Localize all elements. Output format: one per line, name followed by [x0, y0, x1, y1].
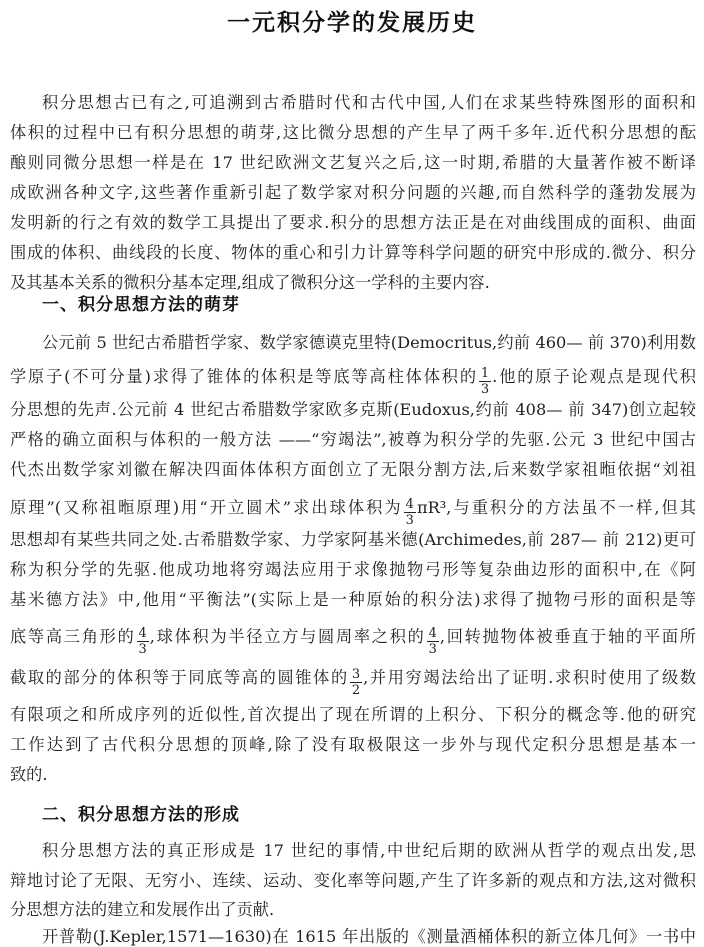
fraction: 43 — [427, 626, 439, 657]
text-segment: ,并用穷竭法给出了证明.求积时使用了级数 — [363, 668, 696, 687]
text-line-with-fraction: 原理”(又称祖暅原理)用“开立圆术”求出球体积为43πR³,与重积分的方法虽不一… — [10, 493, 696, 517]
fraction-numerator: 1 — [479, 366, 491, 382]
section-heading-1: 一、积分思想方法的萌芽 — [42, 290, 240, 315]
text-line: 称为积分学的先驱.他成功地将穷竭法应用于求像抛物弓形等复杂曲边形的面积中,在《阿 — [10, 558, 696, 582]
text-line: 体积的过程中已有积分思想的萌芽,这比微分思想的产生早了两千多年.近代积分思想的酝 — [10, 121, 696, 145]
text-segment: 底等高三角形的 — [10, 627, 136, 646]
section-heading-2: 二、积分思想方法的形成 — [42, 800, 240, 825]
text-line: 有限项之和所成序列的近似性,首次提出了现在所谓的上积分、下积分的概念等.他的研究 — [10, 703, 696, 727]
text-line-with-fraction: 底等高三角形的43,球体积为半径立方与圆周率之积的43,回转抛物体被垂直于轴的平… — [10, 622, 696, 646]
fraction-denominator: 3 — [427, 642, 439, 657]
fraction-numerator: 4 — [404, 497, 416, 513]
fraction: 32 — [350, 667, 362, 698]
text-line: 积分思想古已有之,可追溯到古希腊时代和古代中国,人们在求某些特殊图形的面积和 — [42, 91, 696, 115]
text-line: 积分思想方法的真正形成是 17 世纪的事情,中世纪后期的欧洲从哲学的观点出发,思 — [42, 839, 696, 863]
fraction-numerator: 3 — [350, 667, 362, 683]
text-line: 公元前 5 世纪古希腊哲学家、数学家德谟克里特(Democritus,约前 46… — [42, 331, 696, 355]
text-line: 思想却有某些共同之处.古希腊数学家、力学家阿基米德(Archimedes,前 2… — [10, 528, 696, 552]
text-line: 酿则同微分思想一样是在 17 世纪欧洲文艺复兴之后,这一时期,希腊的大量著作被不… — [10, 151, 696, 175]
text-line: 严格的确立面积与体积的一般方法 ——“穷竭法”,被尊为积分学的先驱.公元 3 世… — [10, 428, 696, 452]
text-segment: ,回转抛物体被垂直于轴的平面所 — [440, 627, 696, 646]
fraction: 43 — [404, 497, 416, 528]
text-line: 成欧洲各种文字,这些著作重新引起了数学家对积分问题的兴趣,而自然科学的蓬勃发展为 — [10, 181, 696, 205]
fraction-numerator: 4 — [427, 626, 439, 642]
text-line: 致的. — [10, 763, 696, 787]
text-line: 开普勒(J.Kepler,1571—1630)在 1615 年出版的《测量酒桶体… — [42, 925, 696, 947]
text-line: 工作达到了古代积分思想的顶峰,除了没有取极限这一步外与现代定积分思想是基本一 — [10, 733, 696, 757]
text-line: 分思想的先声.公元前 4 世纪古希腊数学家欧多克斯(Eudoxus,约前 408… — [10, 398, 696, 422]
text-line-with-fraction: 学原子(不可分量)求得了锥体的体积是等底等高柱体体积的13.他的原子论观点是现代… — [10, 362, 696, 386]
text-line: 代杰出数学家刘徽在解决四面体体积方面创立了无限分割方法,后来数学家祖暅依据“刘祖 — [10, 458, 696, 482]
text-segment: 学原子(不可分量)求得了锥体的体积是等底等高柱体体积的 — [10, 367, 478, 386]
text-segment: πR³,与重积分的方法虽不一样,但其 — [417, 498, 696, 517]
fraction-denominator: 3 — [137, 642, 149, 657]
fraction: 13 — [479, 366, 491, 397]
text-line: 基米德方法》中,他用“平衡法”(实际上是一种原始的积分法)求得了抛物弓形的面积是… — [10, 588, 696, 612]
text-line: 分思想方法的建立和发展作出了贡献. — [10, 898, 696, 922]
fraction-denominator: 3 — [404, 513, 416, 528]
fraction-denominator: 2 — [350, 683, 362, 698]
text-segment: .他的原子论观点是现代积 — [492, 367, 696, 386]
text-segment: 原理”(又称祖暅原理)用“开立圆术”求出球体积为 — [10, 498, 403, 517]
fraction-numerator: 4 — [137, 626, 149, 642]
fraction-denominator: 3 — [479, 382, 491, 397]
text-segment: 截取的部分的体积等于同底等高的圆锥体的 — [10, 668, 349, 687]
text-line-with-fraction: 截取的部分的体积等于同底等高的圆锥体的32,并用穷竭法给出了证明.求积时使用了级… — [10, 663, 696, 687]
text-line: 辩地讨论了无限、无穷小、连续、运动、变化率等问题,产生了许多新的观点和方法,这对… — [10, 869, 696, 893]
page-title: 一元积分学的发展历史 — [0, 4, 704, 37]
text-line: 发明新的行之有效的数学工具提出了要求.积分的思想方法正是在对曲线围成的面积、曲面 — [10, 211, 696, 235]
fraction: 43 — [137, 626, 149, 657]
text-line: 围成的体积、曲线段的长度、物体的重心和引力计算等科学问题的研究中形成的.微分、积… — [10, 241, 696, 265]
text-segment: ,球体积为半径立方与圆周率之积的 — [150, 627, 426, 646]
